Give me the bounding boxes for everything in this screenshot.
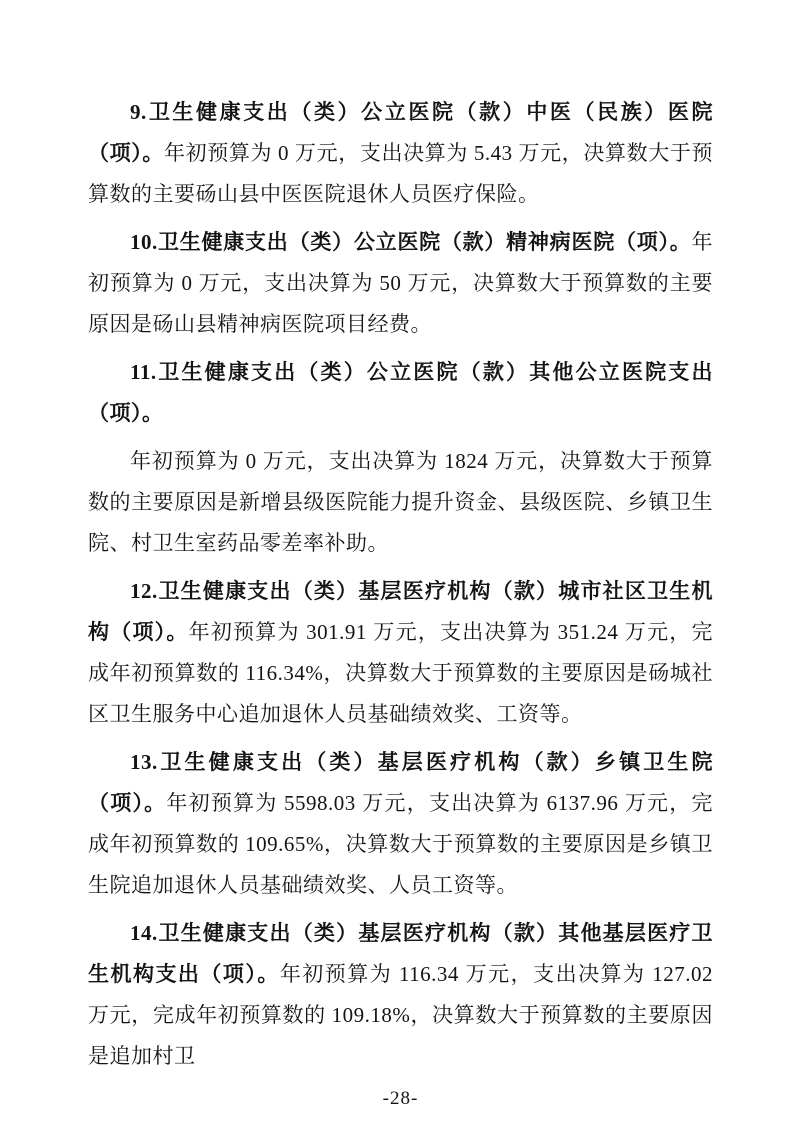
- item-10-heading: 10.卫生健康支出（类）公立医院（款）精神病医院（项）。: [130, 230, 692, 254]
- item-9-body: 年初预算为 0 万元，支出决算为 5.43 万元，决算数大于预算数的主要砀山县中…: [88, 141, 713, 206]
- paragraph-item-14: 14.卫生健康支出（类）基层医疗机构（款）其他基层医疗卫生机构支出（项）。年初预…: [88, 913, 713, 1077]
- paragraph-item-13: 13.卫生健康支出（类）基层医疗机构（款）乡镇卫生院（项）。年初预算为 5598…: [88, 742, 713, 906]
- paragraph-item-9: 9.卫生健康支出（类）公立医院（款）中医（民族）医院（项）。年初预算为 0 万元…: [88, 92, 713, 215]
- item-11-heading: 11.卫生健康支出（类）公立医院（款）其他公立医院支出（项）。: [88, 360, 713, 425]
- document-page: 9.卫生健康支出（类）公立医院（款）中医（民族）医院（项）。年初预算为 0 万元…: [0, 0, 793, 1122]
- paragraph-item-10: 10.卫生健康支出（类）公立医院（款）精神病医院（项）。年初预算为 0 万元，支…: [88, 222, 713, 345]
- paragraph-item-12: 12.卫生健康支出（类）基层医疗机构（款）城市社区卫生机构（项）。年初预算为 3…: [88, 571, 713, 735]
- item-11-body: 年初预算为 0 万元，支出决算为 1824 万元，决算数大于预算数的主要原因是新…: [88, 449, 713, 555]
- paragraph-item-11-body: 年初预算为 0 万元，支出决算为 1824 万元，决算数大于预算数的主要原因是新…: [88, 441, 713, 564]
- item-13-body: 年初预算为 5598.03 万元，支出决算为 6137.96 万元，完成年初预算…: [88, 791, 713, 897]
- paragraph-item-11-heading: 11.卫生健康支出（类）公立医院（款）其他公立医院支出（项）。: [88, 352, 713, 434]
- page-number: -28-: [88, 1087, 713, 1111]
